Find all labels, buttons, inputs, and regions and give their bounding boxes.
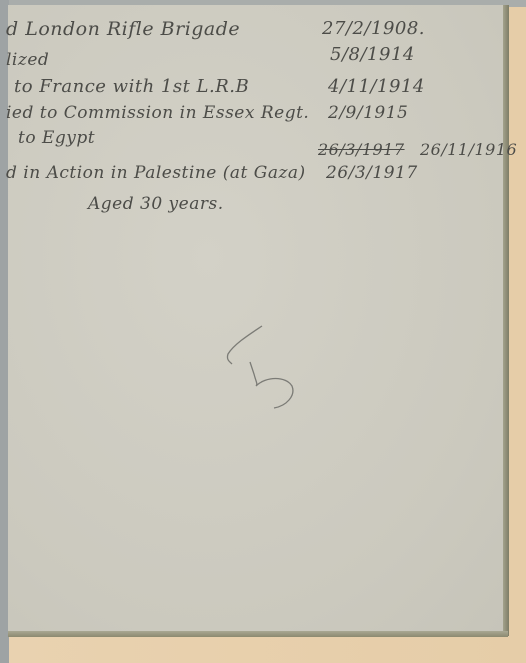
age-note: Aged 30 years.	[88, 194, 224, 214]
entry-date-1: 27/2/1908.	[322, 18, 425, 39]
card-edge-bottom	[8, 631, 508, 637]
entry-date-4: 2/9/1915	[328, 103, 408, 123]
entry-date-6: 26/3/1917	[326, 163, 418, 183]
entry-event-6: d in Action in Palestine (at Gaza)	[6, 163, 306, 183]
entry-event-1: d London Rifle Brigade	[6, 18, 240, 40]
record-card	[8, 5, 508, 636]
entry-date-3: 4/11/1914	[328, 76, 425, 97]
card-edge-right	[503, 5, 509, 636]
entry-event-4: ied to Commission in Essex Regt.	[6, 103, 309, 123]
entry-event-3: to France with 1st L.R.B	[14, 76, 249, 97]
entry-date-5: 26/11/1916	[420, 140, 517, 159]
entry-event-2: lized	[6, 50, 49, 70]
pencil-number-mark	[222, 322, 312, 412]
entry-date-2: 5/8/1914	[330, 44, 415, 65]
entry-date-5-struck: 26/3/1917	[318, 140, 405, 159]
entry-event-5: to Egypt	[18, 128, 95, 148]
